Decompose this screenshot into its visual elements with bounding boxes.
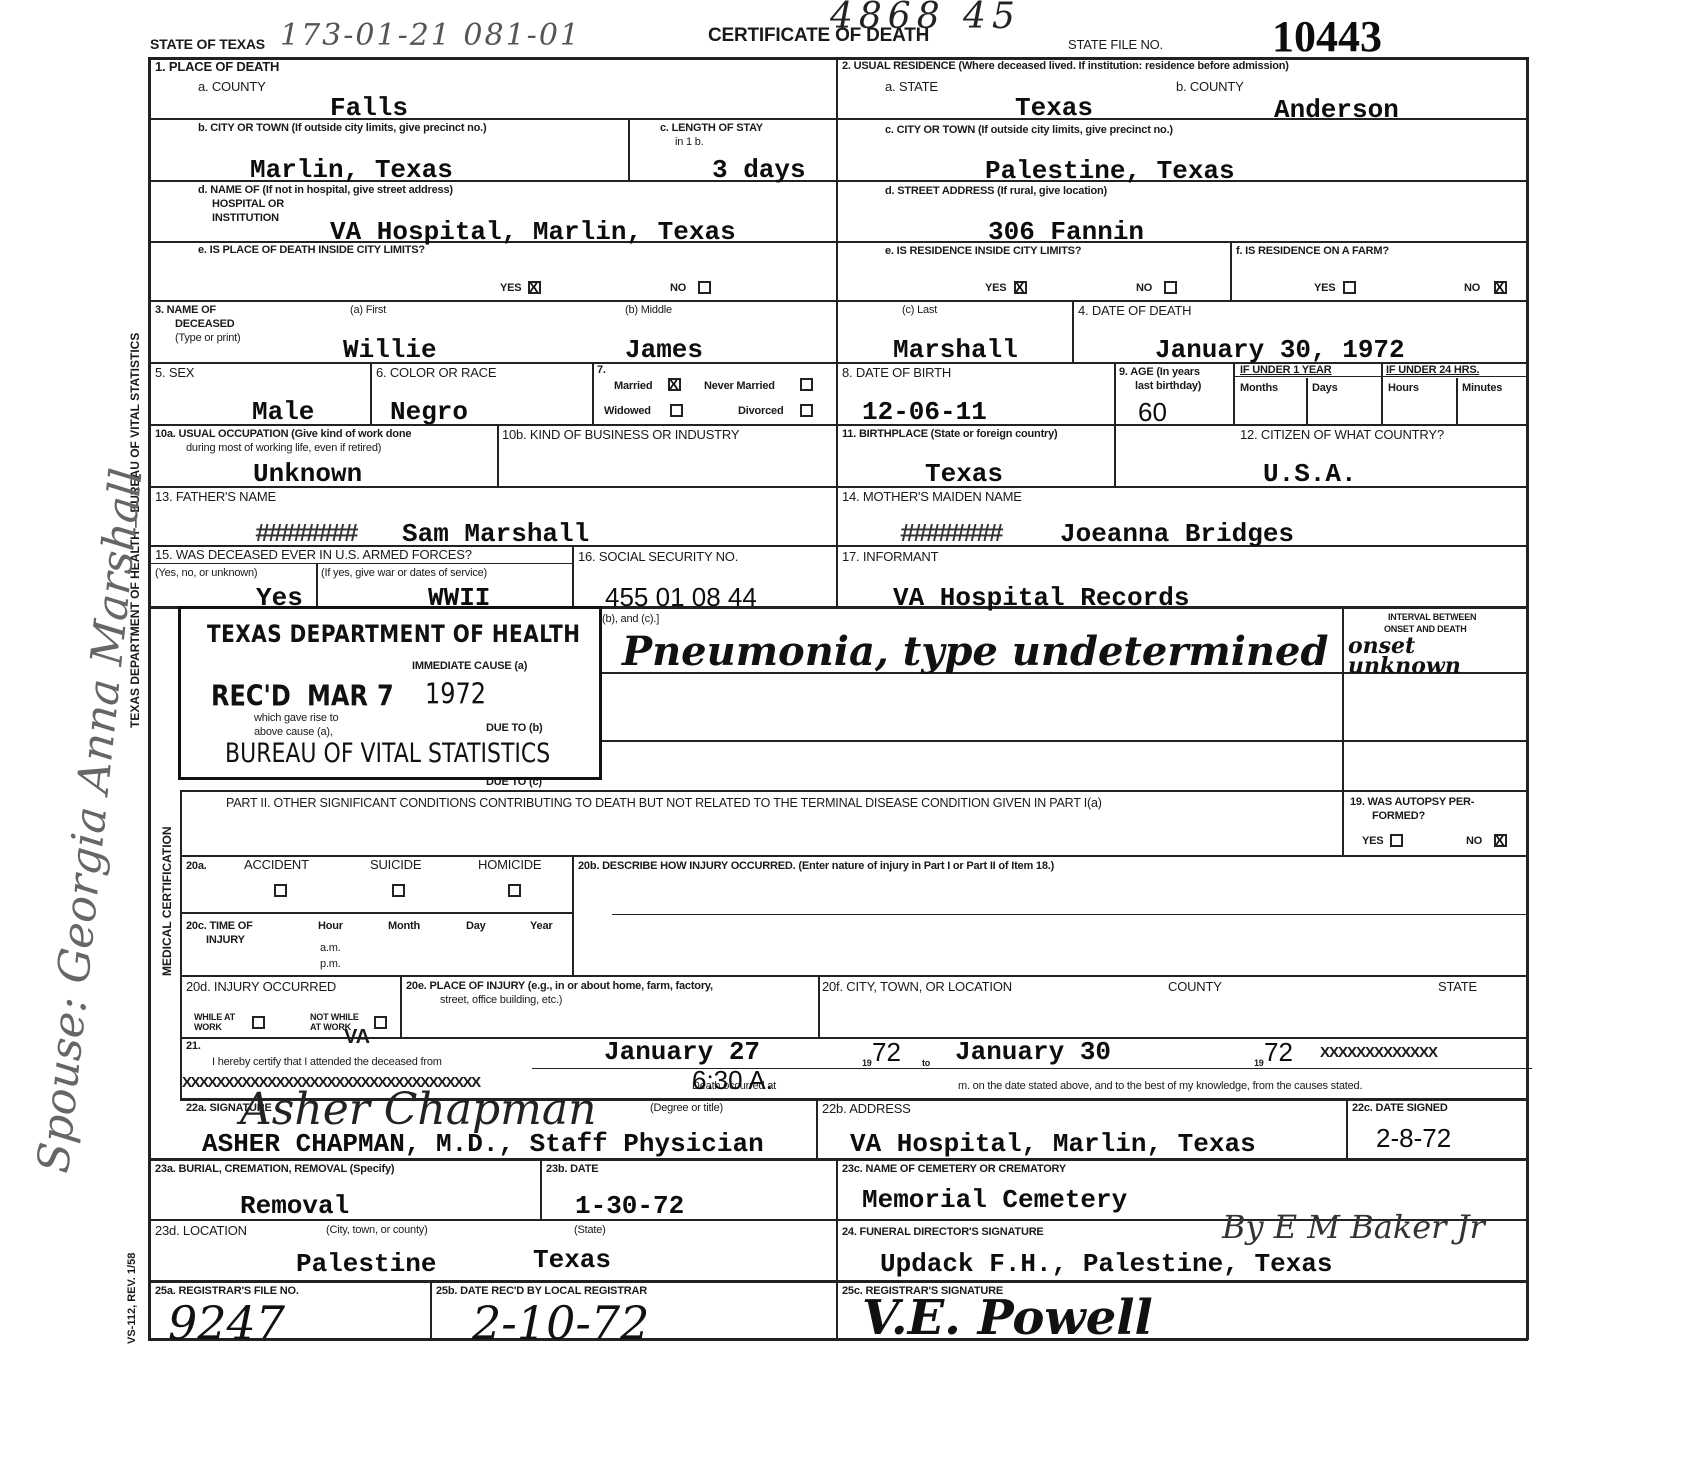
armed-forces-label: 15. WAS DECEASED EVER IN U.S. ARMED FORC… <box>155 548 472 562</box>
dob-label: 8. DATE OF BIRTH <box>842 366 951 380</box>
homicide-checkbox[interactable] <box>508 884 521 897</box>
degree-label: (Degree or title) <box>650 1102 723 1114</box>
disposition-date-value: 1-30-72 <box>575 1192 684 1220</box>
residence-label: 2. USUAL RESIDENCE (Where deceased lived… <box>842 60 1289 72</box>
married-label: Married <box>614 380 652 392</box>
place-of-injury-label: 20e. PLACE OF INJURY (e.g., in or about … <box>406 980 713 992</box>
part-2-label: PART II. OTHER SIGNIFICANT CONDITIONS CO… <box>226 796 1102 810</box>
stamp-year: 1972 <box>425 677 486 711</box>
first-name-value: Willie <box>343 336 437 364</box>
stay-sublabel: in 1 b. <box>675 136 704 148</box>
registrar-date-value: 2-10-72 <box>472 1296 649 1350</box>
under-24-label: IF UNDER 24 HRS. <box>1386 364 1479 376</box>
stay-value: 3 days <box>712 156 806 184</box>
days-label: Days <box>1312 382 1338 394</box>
disposition-method-label: 23a. BURIAL, CREMATION, REMOVAL (Specify… <box>155 1163 394 1175</box>
stay-label: c. LENGTH OF STAY <box>660 122 763 134</box>
county-label: a. COUNTY <box>198 80 266 94</box>
farm-no-label: NO <box>1464 282 1480 294</box>
never-married-label: Never Married <box>704 380 775 392</box>
race-label: 6. COLOR OR RACE <box>376 366 496 380</box>
interval-value: onset unknown <box>1348 636 1528 676</box>
yes-label: YES <box>500 282 521 294</box>
hours-label: Hours <box>1388 382 1419 394</box>
form-revision: VS-112, REV. 1/58 <box>126 1253 138 1344</box>
from-year-prefix: 19 <box>862 1058 872 1068</box>
armed-forces-sublabel: (Yes, no, or unknown) <box>155 567 257 579</box>
disposition-date-label: 23b. DATE <box>546 1163 598 1175</box>
months-label: Months <box>1240 382 1278 394</box>
hour-label: Hour <box>318 920 343 932</box>
citizen-value: U.S.A. <box>1263 460 1357 488</box>
injury-state-label: STATE <box>1438 980 1477 994</box>
business-label: 10b. KIND OF BUSINESS OR INDUSTRY <box>502 428 739 442</box>
location-state-label: (State) <box>574 1224 606 1236</box>
address-label: 22b. ADDRESS <box>822 1102 911 1116</box>
middle-name-label: (b) Middle <box>625 304 672 316</box>
inserted-va: VA <box>344 1030 370 1044</box>
medical-certification-label: MEDICAL CERTIFICATION <box>160 826 174 976</box>
am-label: a.m. <box>320 942 341 954</box>
last-name-value: Marshall <box>893 336 1018 364</box>
year-label: Year <box>530 920 552 932</box>
stamp-recd: REC'D <box>211 679 291 713</box>
funeral-director-signature: By E M Baker Jr <box>1222 1208 1485 1246</box>
accident-label: ACCIDENT <box>244 858 309 872</box>
date-signed-value: 2-8-72 <box>1376 1124 1451 1152</box>
ssn-value: 455 01 08 44 <box>605 583 757 611</box>
to-year-prefix: 19 <box>1254 1058 1264 1068</box>
interval-label: INTERVAL BETWEEN <box>1388 612 1476 622</box>
res-state-label: a. STATE <box>885 80 938 94</box>
never-married-checkbox[interactable] <box>800 378 813 391</box>
immediate-cause-value: Pneumonia, type undetermined <box>622 628 1328 675</box>
funeral-home-value: Updack F.H., Palestine, Texas <box>880 1250 1332 1278</box>
state-label: STATE OF TEXAS <box>150 37 265 51</box>
res-city-label: c. CITY OR TOWN (If outside city limits,… <box>885 124 1173 136</box>
sex-value: Male <box>252 398 314 426</box>
location-state-value: Texas <box>533 1246 611 1274</box>
father-label: 13. FATHER'S NAME <box>155 490 276 504</box>
stamp-bureau: BUREAU OF VITAL STATISTICS <box>225 739 550 769</box>
widowed-label: Widowed <box>604 405 651 417</box>
war-sublabel: (If yes, give war or dates of service) <box>321 567 487 579</box>
age-label: 9. AGE (In years <box>1119 366 1200 378</box>
citizen-label: 12. CITIZEN OF WHAT COUNTRY? <box>1240 428 1444 442</box>
mother-struck-text: ######## <box>900 520 1001 548</box>
injury-occurred-label: 20d. INJURY OCCURRED <box>186 980 336 994</box>
state-file-number: 10443 <box>1272 14 1382 60</box>
birthplace-label: 11. BIRTHPLACE (State or foreign country… <box>842 428 1058 440</box>
not-while-at-work-checkbox[interactable] <box>374 1016 387 1029</box>
occupation-label: 10a. USUAL OCCUPATION (Give kind of work… <box>155 428 411 440</box>
date-of-death-value: January 30, 1972 <box>1155 336 1405 364</box>
no-label: NO <box>670 282 686 294</box>
res-inside-no-checkbox[interactable] <box>1164 281 1177 294</box>
inside-limits-label: e. IS PLACE OF DEATH INSIDE CITY LIMITS? <box>198 244 425 256</box>
res-street-value: 306 Fannin <box>988 218 1144 246</box>
mother-value: Joeanna Bridges <box>1060 520 1294 548</box>
num-20a: 20a. <box>186 860 207 872</box>
farm-label: f. IS RESIDENCE ON A FARM? <box>1236 245 1389 257</box>
res-state-value: Texas <box>1015 94 1093 122</box>
attended-to-year: 72 <box>1264 1038 1293 1066</box>
death-time-value: 6:30 A. <box>692 1066 773 1094</box>
attended-to-date: January 30 <box>955 1038 1111 1066</box>
handwritten-spouse-note: Spouse: Georgia Anna Marshall <box>28 466 153 1175</box>
suicide-checkbox[interactable] <box>392 884 405 897</box>
informant-label: 17. INFORMANT <box>842 550 938 564</box>
death-county-value: Falls <box>330 94 408 122</box>
attended-from-year: 72 <box>872 1038 901 1066</box>
farm-yes-checkbox[interactable] <box>1343 281 1356 294</box>
res-inside-yes-checkbox[interactable] <box>1014 281 1027 294</box>
certify-text: I hereby certify that I attended the dec… <box>212 1056 442 1068</box>
hospital-value: VA Hospital, Marlin, Texas <box>330 218 736 246</box>
while-at-work-checkbox[interactable] <box>252 1016 265 1029</box>
middle-name-value: James <box>625 336 703 364</box>
cause-header-tail: (b), and (c).] <box>602 613 659 625</box>
state-file-label: STATE FILE NO. <box>1068 38 1163 52</box>
suicide-label: SUICIDE <box>370 858 421 872</box>
divorced-label: Divorced <box>738 405 783 417</box>
minutes-label: Minutes <box>1462 382 1502 394</box>
farm-yes-label: YES <box>1314 282 1335 294</box>
certify-text-2: m. on the date stated above, and to the … <box>958 1080 1362 1092</box>
widowed-checkbox[interactable] <box>670 404 683 417</box>
cemetery-value: Memorial Cemetery <box>862 1186 1127 1214</box>
handwritten-index-number: 173-01-21 081-01 <box>280 18 581 53</box>
struck-xs-right: XXXXXXXXXXXXX <box>1320 1046 1437 1060</box>
married-checkbox[interactable] <box>668 378 681 391</box>
city-label: b. CITY OR TOWN (If outside city limits,… <box>198 122 487 134</box>
location-city-label: (City, town, or county) <box>326 1224 428 1236</box>
last-name-label: (c) Last <box>902 304 937 316</box>
date-of-death-label: 4. DATE OF DEATH <box>1078 304 1191 318</box>
stamp-day: 7 <box>377 679 394 713</box>
disposition-method-value: Removal <box>240 1192 349 1220</box>
autopsy-yes-checkbox[interactable] <box>1390 834 1403 847</box>
name-label: 3. NAME OF <box>155 304 216 316</box>
physician-signature: Asher Chapman <box>240 1084 596 1135</box>
location-label: 23d. LOCATION <box>155 1224 247 1238</box>
homicide-label: HOMICIDE <box>478 858 541 872</box>
describe-injury-label: 20b. DESCRIBE HOW INJURY OCCURRED. (Ente… <box>578 860 1054 872</box>
funeral-director-label: 24. FUNERAL DIRECTOR'S SIGNATURE <box>842 1226 1044 1238</box>
registrar-file-value: 9247 <box>168 1296 285 1350</box>
address-value: VA Hospital, Marlin, Texas <box>850 1130 1256 1158</box>
res-street-label: d. STREET ADDRESS (If rural, give locati… <box>885 185 1107 197</box>
autopsy-label: 19. WAS AUTOPSY PER- <box>1350 796 1474 808</box>
age-value: 60 <box>1138 398 1167 426</box>
mother-label: 14. MOTHER'S MAIDEN NAME <box>842 490 1022 504</box>
occupation-sublabel: during most of working life, even if ret… <box>186 442 381 454</box>
divorced-checkbox[interactable] <box>800 404 813 417</box>
ssn-label: 16. SOCIAL SECURITY NO. <box>578 550 738 564</box>
autopsy-sublabel: FORMED? <box>1372 810 1425 822</box>
received-stamp: TEXAS DEPARTMENT OF HEALTH REC'D MAR 7 1… <box>178 606 602 780</box>
time-of-injury-sublabel: INJURY <box>206 934 245 946</box>
informant-value: VA Hospital Records <box>893 584 1189 612</box>
while-at-work-label: WHILE AT WORK <box>194 1012 242 1032</box>
res-county-value: Anderson <box>1274 96 1399 124</box>
place-of-injury-sublabel: street, office building, etc.) <box>440 994 562 1006</box>
race-value: Negro <box>390 398 468 426</box>
res-no-label: NO <box>1136 282 1152 294</box>
res-inside-limits-label: e. IS RESIDENCE INSIDE CITY LIMITS? <box>885 245 1081 257</box>
dob-value: 12-06-11 <box>862 398 987 426</box>
age-sublabel: last birthday) <box>1135 380 1201 392</box>
handwritten-title-note: 4868 45 <box>830 0 1021 37</box>
hospital-label: d. NAME OF (If not in hospital, give str… <box>198 184 453 196</box>
place-of-death-label: 1. PLACE OF DEATH <box>155 60 279 74</box>
pm-label: p.m. <box>320 958 341 970</box>
sex-label: 5. SEX <box>155 366 194 380</box>
injury-city-label: 20f. CITY, TOWN, OR LOCATION <box>822 980 1012 994</box>
to-label: to <box>922 1058 930 1068</box>
death-city-value: Marlin, Texas <box>250 156 453 184</box>
num-21: 21. <box>186 1040 201 1052</box>
stamp-department: TEXAS DEPARTMENT OF HEALTH <box>207 619 581 648</box>
inside-limits-no-checkbox[interactable] <box>698 281 711 294</box>
father-value: Sam Marshall <box>402 520 589 548</box>
injury-county-label: COUNTY <box>1168 980 1222 994</box>
physician-name: ASHER CHAPMAN, M.D., Staff Physician <box>202 1130 764 1158</box>
hospital-label-3: INSTITUTION <box>212 212 279 224</box>
inside-limits-yes-checkbox[interactable] <box>528 281 541 294</box>
day-label: Day <box>466 920 486 932</box>
cemetery-label: 23c. NAME OF CEMETERY OR CREMATORY <box>842 1163 1066 1175</box>
accident-checkbox[interactable] <box>274 884 287 897</box>
birthplace-value: Texas <box>925 460 1003 488</box>
res-yes-label: YES <box>985 282 1006 294</box>
attended-from-date: January 27 <box>604 1038 760 1066</box>
hospital-label-2: HOSPITAL OR <box>212 198 284 210</box>
father-struck-text: ######## <box>255 520 356 548</box>
autopsy-no-checkbox[interactable] <box>1494 834 1507 847</box>
res-county-label: b. COUNTY <box>1176 80 1244 94</box>
location-city-value: Palestine <box>296 1250 436 1278</box>
autopsy-no-label: NO <box>1466 835 1482 847</box>
date-signed-label: 22c. DATE SIGNED <box>1352 1102 1448 1114</box>
first-name-label: (a) First <box>350 304 386 316</box>
name-label-3: (Type or print) <box>175 332 240 344</box>
stamp-month: MAR <box>307 679 368 713</box>
month-label: Month <box>388 920 420 932</box>
registrar-signature: V.E. Powell <box>862 1290 1153 1346</box>
marital-label: 7. <box>597 364 606 376</box>
res-city-value: Palestine, Texas <box>985 157 1235 185</box>
name-label-2: DECEASED <box>175 318 235 330</box>
farm-no-checkbox[interactable] <box>1494 281 1507 294</box>
autopsy-yes-label: YES <box>1362 835 1383 847</box>
under-1-year-label: IF UNDER 1 YEAR <box>1240 364 1332 376</box>
occupation-value: Unknown <box>253 460 362 488</box>
time-of-injury-label: 20c. TIME OF <box>186 920 253 932</box>
